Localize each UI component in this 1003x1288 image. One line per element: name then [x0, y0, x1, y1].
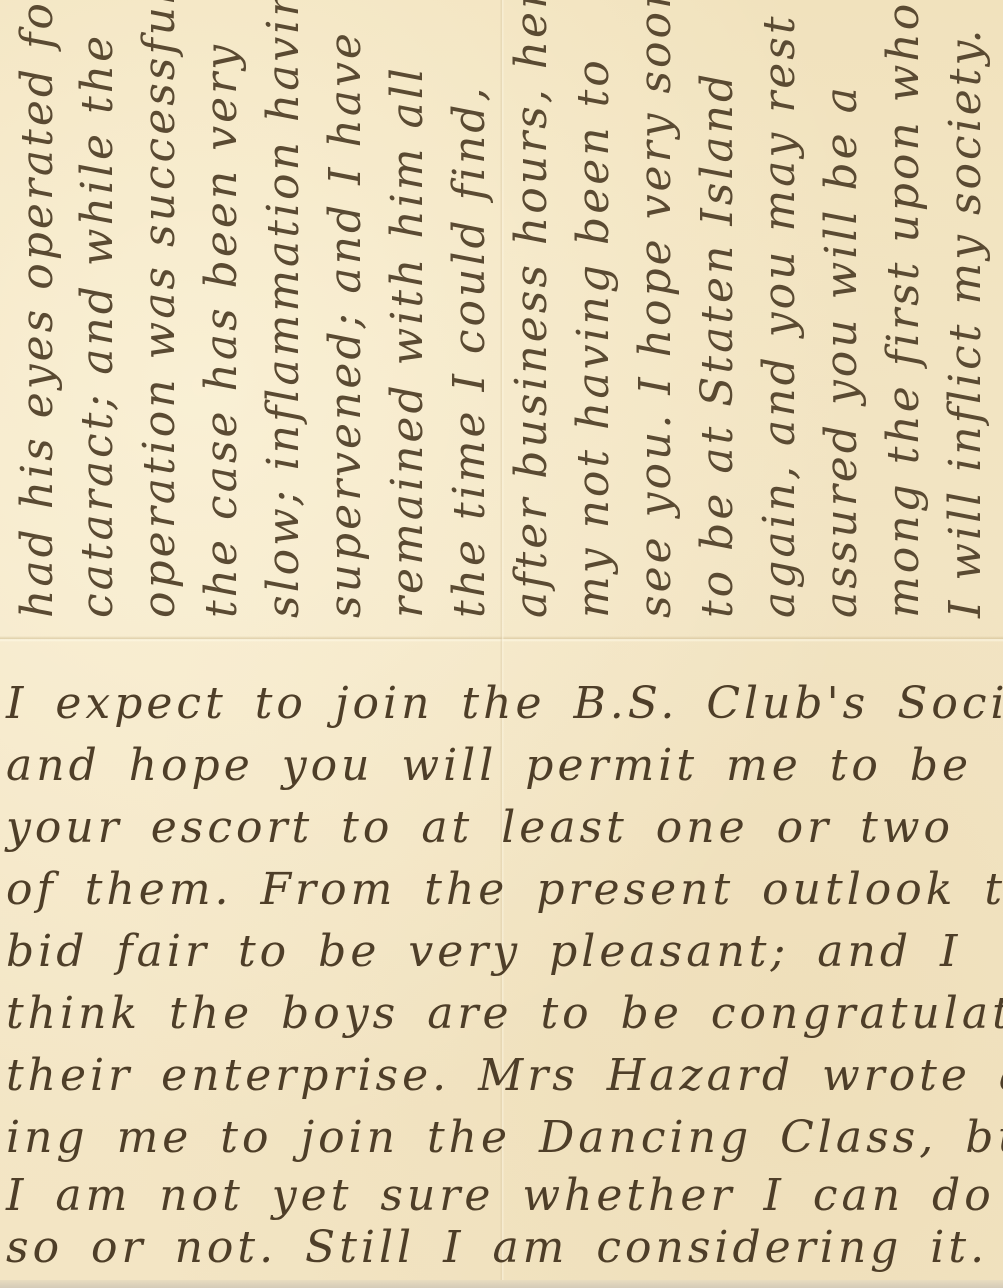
- rotated-line: after business hours, hence: [502, 0, 562, 636]
- main-text-section: I expect to join the B.S. Club's Sociabl…: [0, 650, 1003, 1280]
- rotated-line: again, and you may rest: [750, 13, 810, 636]
- rotated-text-block: had his eyes operated for cataract; and …: [0, 0, 1003, 636]
- text-line: your escort to at least one or two: [0, 802, 954, 853]
- text-line: and hope you will permit me to be: [0, 740, 972, 791]
- rotated-line: supervened; and I have: [316, 30, 376, 636]
- rotated-line: mong the first upon whom: [874, 0, 934, 636]
- rotated-line: I will inflict my society.: [936, 27, 996, 636]
- rotated-line: see you. I hope very soon: [626, 0, 686, 636]
- rotated-line: cataract; and while the: [68, 33, 128, 636]
- rotated-line: operation was successful,: [130, 0, 190, 636]
- text-line: bid fair to be very pleasant; and I: [0, 926, 961, 977]
- rotated-line: the time I could find,: [440, 85, 500, 636]
- text-line: so or not. Still I am considering it. We: [0, 1222, 1003, 1273]
- text-line: I expect to join the B.S. Club's Sociabl…: [0, 678, 1003, 729]
- text-line: I am not yet sure whether I can do: [0, 1170, 995, 1221]
- rotated-text-section: had his eyes operated for cataract; and …: [0, 0, 1003, 636]
- text-line: ing me to join the Dancing Class, but: [0, 1112, 1003, 1163]
- rotated-line: to be at Staten Island: [688, 71, 748, 636]
- rotated-line: the case has been very: [192, 42, 252, 636]
- rotated-line: slow; inflammation having: [254, 0, 314, 636]
- page-bottom-edge: [0, 1280, 1003, 1288]
- text-line: of them. From the present outlook they: [0, 864, 1003, 915]
- text-line: their enterprise. Mrs Hazard wrote ask-: [0, 1050, 1003, 1101]
- text-line: think the boys are to be congratulated o…: [0, 988, 1003, 1039]
- rotated-line: had his eyes operated for: [8, 0, 68, 636]
- rotated-line: assured you will be a: [812, 84, 872, 636]
- rotated-line: my not having been to: [564, 57, 624, 636]
- rotated-line: remained with him all: [378, 65, 438, 636]
